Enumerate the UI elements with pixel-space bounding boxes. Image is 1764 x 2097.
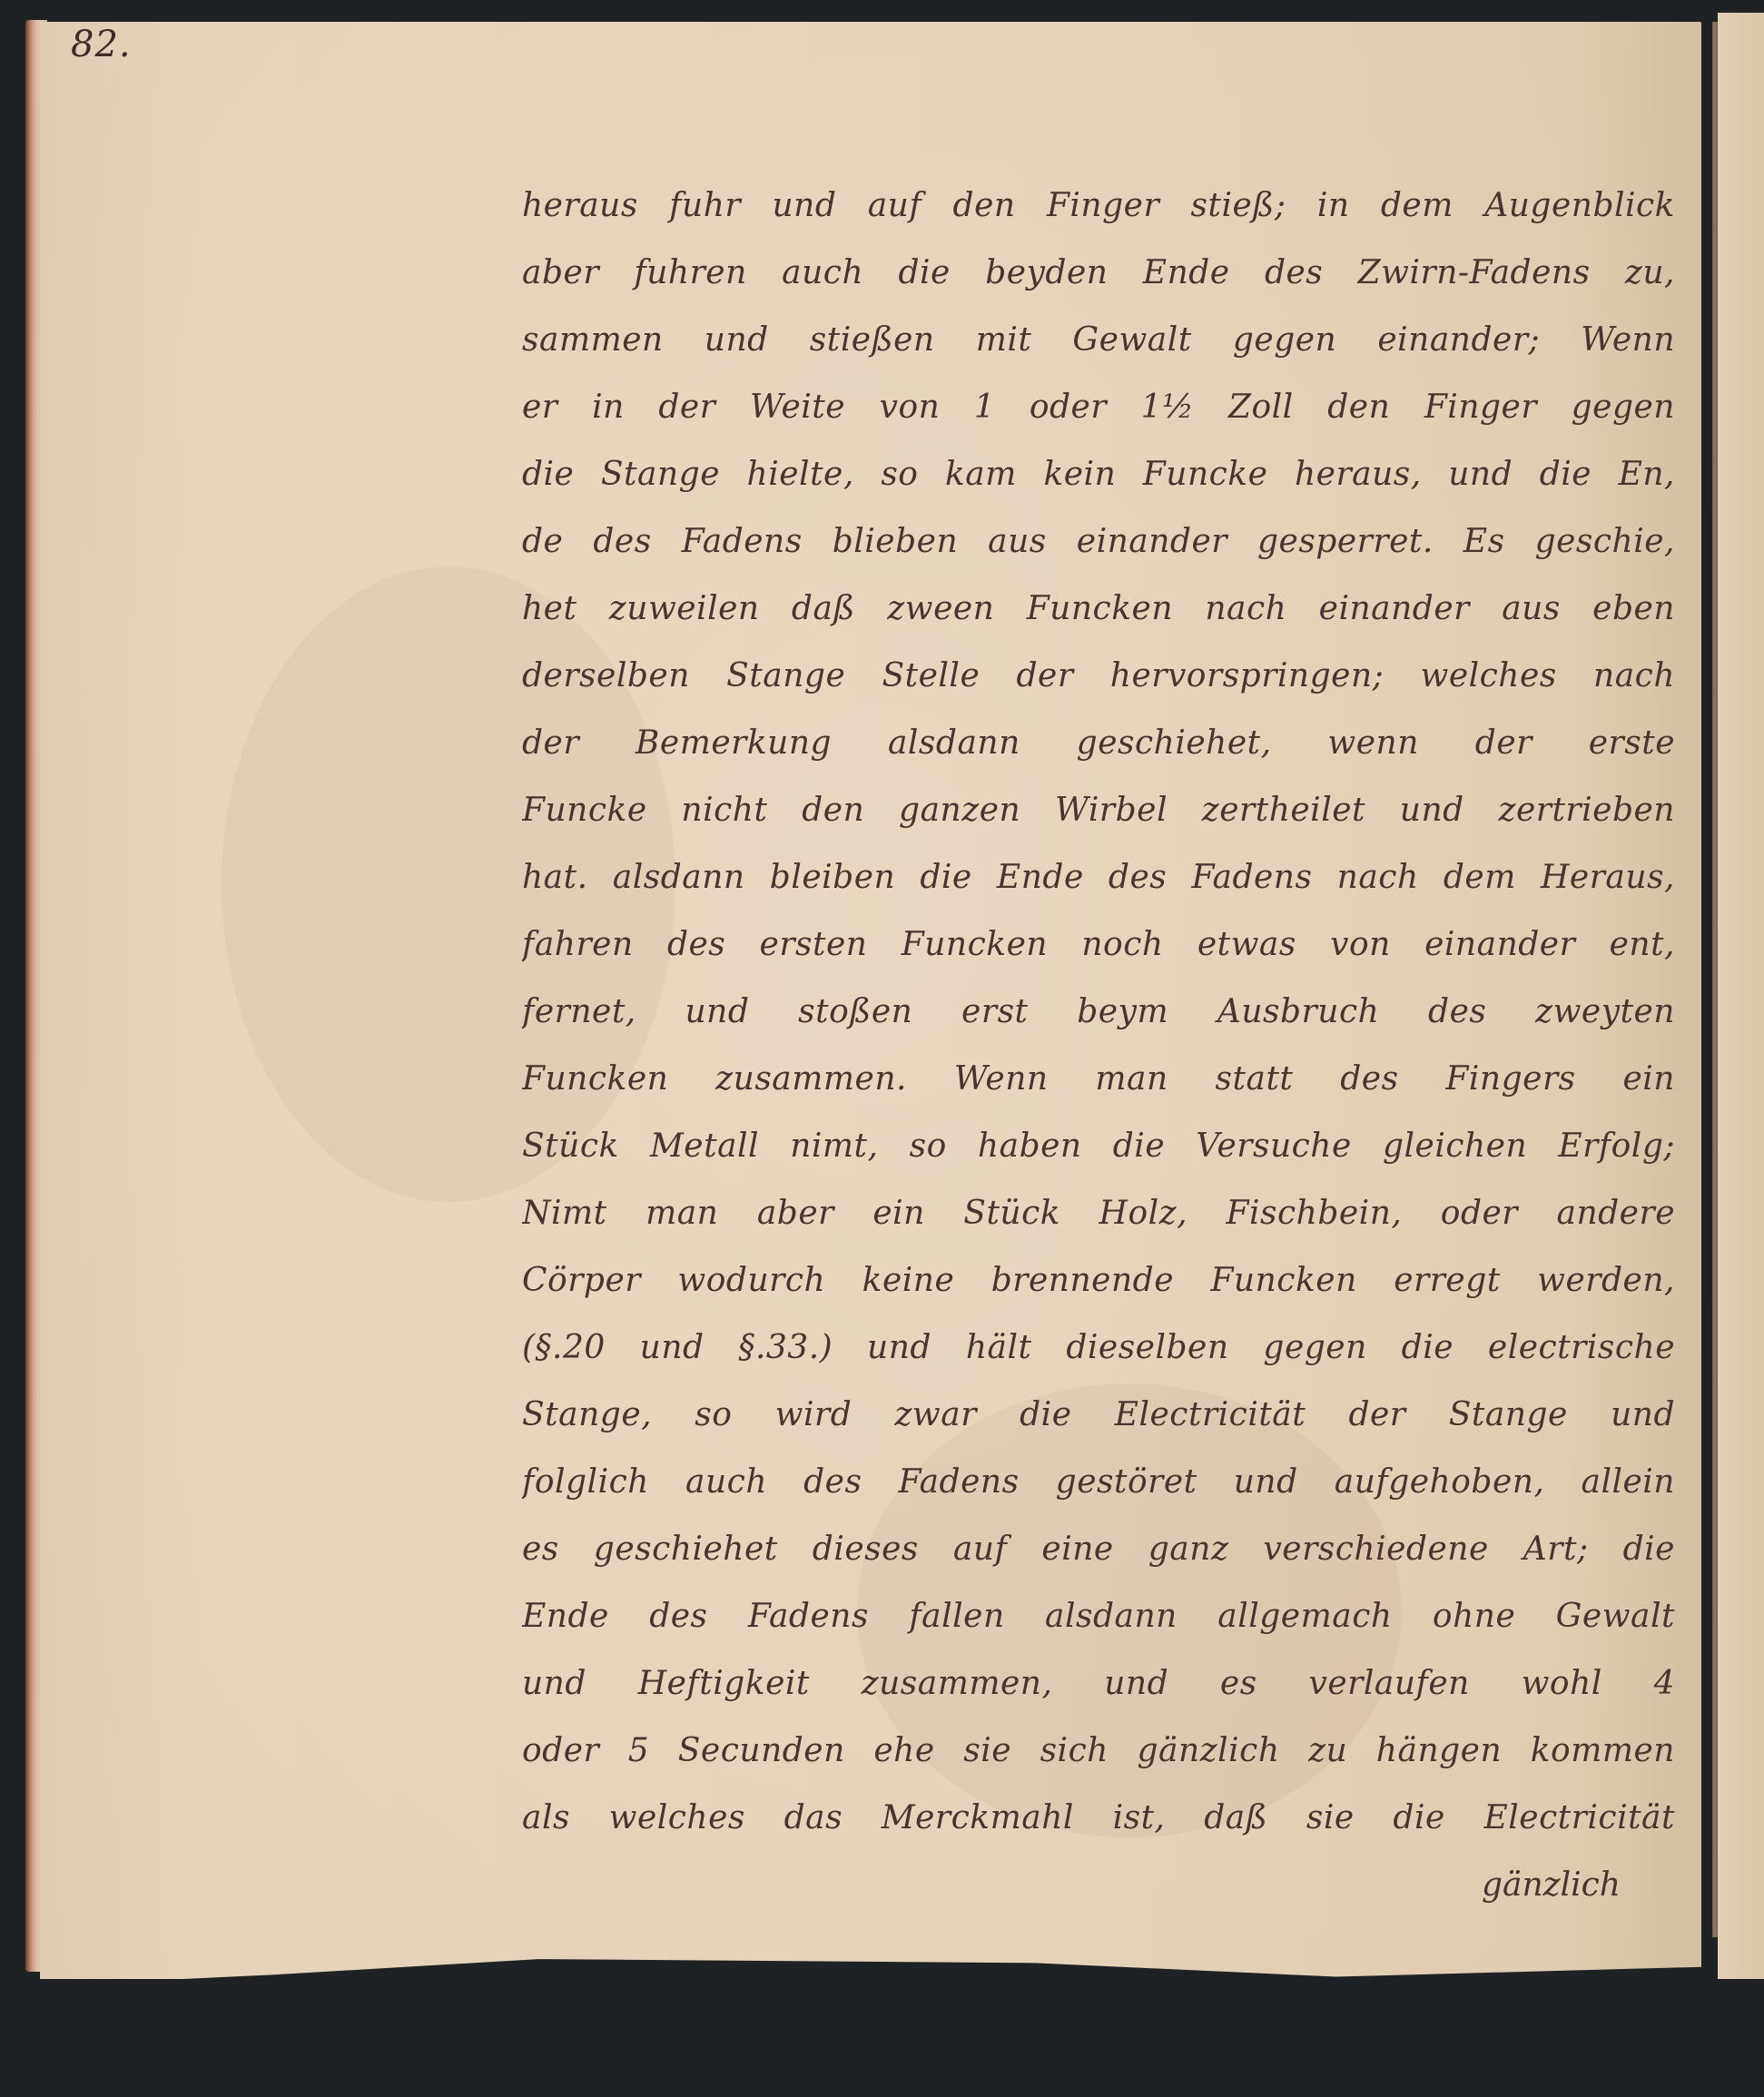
text-line: aber fuhren auch die beyden Ende des Zwi… (522, 240, 1675, 307)
text-line: Nimt man aber ein Stück Holz, Fischbein,… (522, 1180, 1675, 1247)
text-line: Ende des Fadens fallen alsdann allgemach… (522, 1583, 1675, 1650)
text-line: Funcken zusammen. Wenn man statt des Fin… (522, 1046, 1675, 1113)
text-line: als welches das Merckmahl ist, daß sie d… (522, 1785, 1675, 1852)
text-line: Stück Metall nimt, so haben die Versuche… (522, 1113, 1675, 1180)
scan-background-bottom (0, 1979, 1764, 2097)
text-line: oder 5 Secunden ehe sie sich gänzlich zu… (522, 1718, 1675, 1785)
text-line: sammen und stießen mit Gewalt gegen eina… (522, 307, 1675, 374)
manuscript-scan: 82. heraus fuhr und auf den Finger stieß… (0, 0, 1764, 2097)
text-line: Cörper wodurch keine brennende Funcken e… (522, 1247, 1675, 1314)
text-line: folglich auch des Fadens gestöret und au… (522, 1449, 1675, 1516)
text-line: hat. alsdann bleiben die Ende des Fadens… (522, 844, 1675, 911)
text-line: heraus fuhr und auf den Finger stieß; in… (522, 172, 1675, 240)
text-line: Stange, so wird zwar die Electricität de… (522, 1382, 1675, 1449)
text-line: het zuweilen daß zween Funcken nach eina… (522, 576, 1675, 643)
text-line: die Stange hielte, so kam kein Funcke he… (522, 441, 1675, 508)
facing-page-edge (1718, 13, 1764, 1992)
text-line: der Bemerkung alsdann geschiehet, wenn d… (522, 710, 1675, 777)
text-line: (§.20 und §.33.) und hält dieselben gege… (522, 1314, 1675, 1382)
page-number: 82. (71, 24, 132, 65)
text-line: es geschiehet dieses auf eine ganz versc… (522, 1516, 1675, 1583)
text-line: fahren des ersten Funcken noch etwas von… (522, 911, 1675, 979)
catchword: gänzlich (522, 1852, 1675, 1919)
handwritten-text-block: heraus fuhr und auf den Finger stieß; in… (522, 172, 1675, 1919)
text-line: fernet, und stoßen erst beym Ausbruch de… (522, 979, 1675, 1046)
text-line: Funcke nicht den ganzen Wirbel zertheile… (522, 777, 1675, 844)
text-line: de des Fadens blieben aus einander gespe… (522, 508, 1675, 576)
text-line: derselben Stange Stelle der hervorspring… (522, 643, 1675, 710)
text-line: er in der Weite von 1 oder 1½ Zoll den F… (522, 374, 1675, 441)
text-line: und Heftigkeit zusammen, und es verlaufe… (522, 1650, 1675, 1718)
